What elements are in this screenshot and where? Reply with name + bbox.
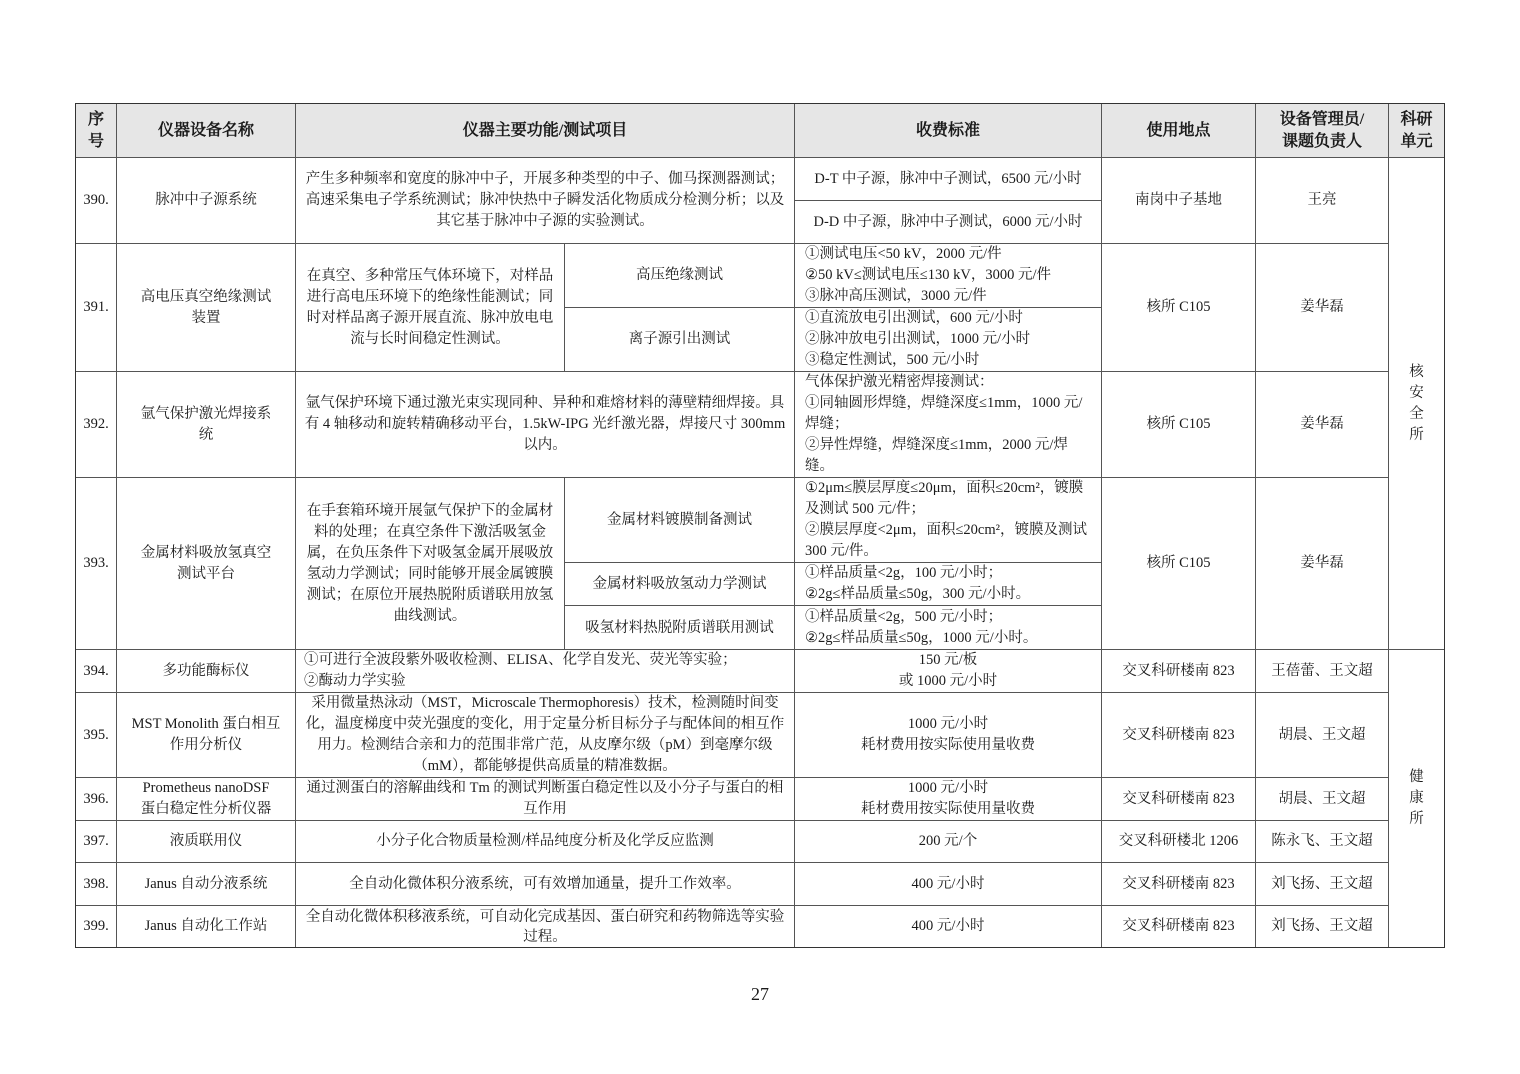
- seq-value: 399.: [83, 916, 108, 937]
- row-395-manager: 胡晨、王文超: [1255, 692, 1389, 778]
- equipment-name: Janus 自动化工作站: [145, 916, 268, 937]
- row-399-manager: 刘飞扬、王文超: [1255, 905, 1389, 948]
- location-text: 交叉科研楼南 823: [1122, 661, 1234, 682]
- header-unit: 科研单元: [1388, 103, 1445, 158]
- row-391-item-2: 离子源引出测试: [564, 307, 795, 372]
- row-392-function: 氩气保护环境下通过激光束实现同种、异种和难熔材料的薄壁精细焊接。具有 4 轴移动…: [295, 371, 795, 478]
- fee-line: ②脉冲放电引出测试，1000 元/小时: [805, 329, 1030, 350]
- row-394-name: 多功能酶标仪: [116, 649, 296, 693]
- test-item: 高压绝缘测试: [636, 265, 723, 286]
- fee-text: D-T 中子源，脉冲中子测试，6500 元/小时: [814, 169, 1081, 189]
- fee-line: ③脉冲高压测试，3000 元/件: [805, 286, 1051, 307]
- header-fee-label: 收费标准: [916, 120, 980, 142]
- row-391-function: 在真空、多种常压气体环境下，对样品进行高电压环境下的绝缘性能测试；同时对样品离子…: [295, 243, 565, 372]
- row-398-manager: 刘飞扬、王文超: [1255, 862, 1389, 906]
- function-text: 氩气保护环境下通过激光束实现同种、异种和难熔材料的薄壁精细焊接。具有 4 轴移动…: [304, 393, 786, 456]
- header-manager-label: 设备管理员/课题负责人: [1272, 109, 1372, 153]
- manager-text: 姜华磊: [1300, 553, 1344, 574]
- unit-nuclear-safety: 核安全所: [1388, 157, 1445, 650]
- manager-text: 刘飞扬、王文超: [1271, 874, 1373, 895]
- row-391-fee-1: ①测试电压<50 kV，2000 元/件②50 kV≤测试电压≤130 kV，3…: [794, 243, 1102, 308]
- row-394-manager: 王蓓蕾、王文超: [1255, 649, 1389, 693]
- row-392-fee: 气体保护激光精密焊接测试：①同轴圆形焊缝，焊缝深度≤1mm，1000 元/焊缝；…: [794, 371, 1102, 478]
- row-392-location: 核所 C105: [1101, 371, 1256, 478]
- header-location: 使用地点: [1101, 103, 1256, 158]
- row-397-manager: 陈永飞、王文超: [1255, 820, 1389, 863]
- row-394-fee: 150 元/板或 1000 元/小时: [794, 649, 1102, 693]
- row-394-function: ①可进行全波段紫外吸收检测、ELISA、化学自发光、荧光等实验；②酶动力学实验: [295, 649, 795, 693]
- fee-line: 耗材费用按实际使用量收费: [861, 799, 1035, 820]
- function-text: 全自动化微体积分液系统，可有效增加通量，提升工作效率。: [349, 874, 741, 895]
- row-391-item-1: 高压绝缘测试: [564, 243, 795, 308]
- test-item: 离子源引出测试: [629, 329, 731, 350]
- seq-value: 392.: [83, 414, 108, 435]
- test-item: 金属材料镀膜制备测试: [607, 510, 752, 531]
- test-item: 金属材料吸放氢动力学测试: [593, 574, 767, 595]
- test-item: 吸氢材料热脱附质谱联用测试: [585, 618, 774, 638]
- row-395-fee: 1000 元/小时耗材费用按实际使用量收费: [794, 692, 1102, 778]
- fee-line: ②2g≤样品质量≤50g，300 元/小时。: [805, 584, 1030, 605]
- location-text: 交叉科研楼南 823: [1122, 789, 1234, 810]
- row-397-seq: 397.: [75, 820, 117, 863]
- location-text: 交叉科研楼南 823: [1122, 874, 1234, 895]
- location-text: 交叉科研楼南 823: [1122, 916, 1234, 937]
- function-text: 产生多种频率和宽度的脉冲中子，开展多种类型的中子、伽马探测器测试；高速采集电子学…: [304, 169, 786, 232]
- header-fee: 收费标准: [794, 103, 1102, 158]
- row-396-fee: 1000 元/小时耗材费用按实际使用量收费: [794, 777, 1102, 821]
- location-text: 南岗中子基地: [1135, 190, 1222, 211]
- fee-text: D-D 中子源，脉冲中子测试，6000 元/小时: [813, 212, 1082, 232]
- function-line: ②酶动力学实验: [304, 671, 737, 692]
- row-393-fee-3: ①样品质量<2g，500 元/小时；②2g≤样品质量≤50g，1000 元/小时…: [794, 605, 1102, 650]
- header-seq-label: 序号: [87, 109, 105, 153]
- row-391-name: 高电压真空绝缘测试装置: [116, 243, 296, 372]
- seq-value: 398.: [83, 874, 108, 895]
- function-text: 小分子化合物质量检测/样品纯度分析及化学反应监测: [376, 831, 714, 852]
- manager-text: 王亮: [1308, 190, 1337, 211]
- row-392-manager: 姜华磊: [1255, 371, 1389, 478]
- name-line: Prometheus nanoDSF: [141, 778, 272, 799]
- manager-text: 刘飞扬、王文超: [1271, 916, 1373, 937]
- seq-value: 394.: [83, 661, 108, 682]
- row-399-function: 全自动化微体积移液系统，可自动化完成基因、蛋白研究和药物筛选等实验过程。: [295, 905, 795, 948]
- row-394-location: 交叉科研楼南 823: [1101, 649, 1256, 693]
- row-396-name: Prometheus nanoDSF蛋白稳定性分析仪器: [116, 777, 296, 821]
- function-text: 在手套箱环境开展氩气保护下的金属材料的处理；在真空条件下激活吸氢金属，在负压条件…: [304, 501, 556, 627]
- manager-text: 姜华磊: [1300, 297, 1344, 318]
- fee-line: ①2μm≤膜层厚度≤20μm，面积≤20cm²，镀膜及测试 500 元/件；: [805, 478, 1091, 520]
- row-391-seq: 391.: [75, 243, 117, 372]
- header-seq: 序号: [75, 103, 117, 158]
- equipment-name: 高电压真空绝缘测试装置: [135, 287, 277, 329]
- fee-line: 耗材费用按实际使用量收费: [861, 735, 1035, 756]
- fee-line: ②2g≤样品质量≤50g，1000 元/小时。: [805, 628, 1037, 649]
- fee-line: 或 1000 元/小时: [899, 671, 997, 692]
- equipment-name: Janus 自动分液系统: [145, 874, 268, 895]
- fee-line: 150 元/板: [899, 650, 997, 671]
- row-390-fee-2: D-D 中子源，脉冲中子测试，6000 元/小时: [794, 200, 1102, 244]
- row-393-manager: 姜华磊: [1255, 477, 1389, 650]
- seq-value: 390.: [83, 190, 108, 211]
- manager-text: 胡晨、王文超: [1279, 725, 1366, 746]
- row-397-name: 液质联用仪: [116, 820, 296, 863]
- function-text: 全自动化微体积移液系统，可自动化完成基因、蛋白研究和药物筛选等实验过程。: [304, 907, 786, 947]
- row-390-name: 脉冲中子源系统: [116, 157, 296, 244]
- row-393-item-3: 吸氢材料热脱附质谱联用测试: [564, 605, 795, 650]
- seq-value: 395.: [83, 725, 108, 746]
- seq-value: 397.: [83, 831, 108, 852]
- row-392-name: 氩气保护激光焊接系统: [116, 371, 296, 478]
- row-393-item-1: 金属材料镀膜制备测试: [564, 477, 795, 563]
- row-395-function: 采用微量热泳动（MST，Microscale Thermophoresis）技术…: [295, 692, 795, 778]
- unit-label: 健康所: [1409, 767, 1425, 830]
- fee-line: ②异性焊缝，焊缝深度≤1mm，2000 元/焊缝。: [805, 435, 1091, 477]
- unit-label: 核安全所: [1409, 362, 1425, 446]
- equipment-name: 氩气保护激光焊接系统: [135, 404, 277, 446]
- location-text: 交叉科研楼南 823: [1122, 725, 1234, 746]
- row-391-fee-2: ①直流放电引出测试，600 元/小时②脉冲放电引出测试，1000 元/小时③稳定…: [794, 307, 1102, 372]
- row-393-name: 金属材料吸放氢真空测试平台: [116, 477, 296, 650]
- fee-line: ①同轴圆形焊缝，焊缝深度≤1mm，1000 元/焊缝；: [805, 393, 1091, 435]
- unit-health: 健康所: [1388, 649, 1445, 948]
- name-line: 蛋白稳定性分析仪器: [141, 799, 272, 820]
- function-text: 通过测蛋白的溶解曲线和 Tm 的测试判断蛋白稳定性以及小分子与蛋白的相互作用: [304, 778, 786, 820]
- equipment-name: 液质联用仪: [170, 831, 243, 852]
- row-395-location: 交叉科研楼南 823: [1101, 692, 1256, 778]
- row-397-fee: 200 元/个: [794, 820, 1102, 863]
- row-393-fee-1: ①2μm≤膜层厚度≤20μm，面积≤20cm²，镀膜及测试 500 元/件；②膜…: [794, 477, 1102, 563]
- seq-value: 391.: [83, 297, 108, 318]
- row-390-location: 南岗中子基地: [1101, 157, 1256, 244]
- header-unit-label: 科研单元: [1400, 109, 1434, 153]
- row-395-name: MST Monolith 蛋白相互作用分析仪: [116, 692, 296, 778]
- row-390-seq: 390.: [75, 157, 117, 244]
- fee-text: 400 元/小时: [912, 916, 985, 937]
- row-396-seq: 396.: [75, 777, 117, 821]
- row-398-location: 交叉科研楼南 823: [1101, 862, 1256, 906]
- equipment-name: MST Monolith 蛋白相互作用分析仪: [127, 714, 285, 756]
- manager-text: 姜华磊: [1300, 414, 1344, 435]
- header-location-label: 使用地点: [1146, 120, 1210, 142]
- header-manager: 设备管理员/课题负责人: [1255, 103, 1389, 158]
- row-393-location: 核所 C105: [1101, 477, 1256, 650]
- row-398-seq: 398.: [75, 862, 117, 906]
- function-text: 采用微量热泳动（MST，Microscale Thermophoresis）技术…: [304, 693, 786, 777]
- fee-line: 气体保护激光精密焊接测试：: [805, 372, 1091, 393]
- row-398-fee: 400 元/小时: [794, 862, 1102, 906]
- fee-line: 1000 元/小时: [861, 778, 1035, 799]
- row-392-seq: 392.: [75, 371, 117, 478]
- fee-line: ③稳定性测试，500 元/小时: [805, 350, 1030, 371]
- location-text: 交叉科研楼北 1206: [1119, 831, 1239, 852]
- row-396-location: 交叉科研楼南 823: [1101, 777, 1256, 821]
- seq-value: 396.: [83, 789, 108, 810]
- row-391-manager: 姜华磊: [1255, 243, 1389, 372]
- fee-line: ①测试电压<50 kV，2000 元/件: [805, 244, 1051, 265]
- equipment-name: 金属材料吸放氢真空测试平台: [135, 543, 277, 585]
- row-393-seq: 393.: [75, 477, 117, 650]
- row-390-manager: 王亮: [1255, 157, 1389, 244]
- row-399-seq: 399.: [75, 905, 117, 948]
- row-393-fee-2: ①样品质量<2g，100 元/小时；②2g≤样品质量≤50g，300 元/小时。: [794, 562, 1102, 606]
- row-393-function: 在手套箱环境开展氩气保护下的金属材料的处理；在真空条件下激活吸氢金属，在负压条件…: [295, 477, 565, 650]
- row-390-function: 产生多种频率和宽度的脉冲中子，开展多种类型的中子、伽马探测器测试；高速采集电子学…: [295, 157, 795, 244]
- manager-text: 王蓓蕾、王文超: [1271, 661, 1373, 682]
- row-397-function: 小分子化合物质量检测/样品纯度分析及化学反应监测: [295, 820, 795, 863]
- row-396-function: 通过测蛋白的溶解曲线和 Tm 的测试判断蛋白稳定性以及小分子与蛋白的相互作用: [295, 777, 795, 821]
- location-text: 核所 C105: [1146, 297, 1210, 318]
- header-name: 仪器设备名称: [116, 103, 296, 158]
- fee-line: ②50 kV≤测试电压≤130 kV，3000 元/件: [805, 265, 1051, 286]
- equipment-name: 多功能酶标仪: [163, 661, 250, 682]
- fee-line: ①直流放电引出测试，600 元/小时: [805, 308, 1030, 329]
- row-398-name: Janus 自动分液系统: [116, 862, 296, 906]
- seq-value: 393.: [83, 553, 108, 574]
- fee-line: ②膜层厚度<2μm，面积≤20cm²，镀膜及测试 300 元/件。: [805, 520, 1091, 562]
- equipment-name: 脉冲中子源系统: [155, 190, 257, 211]
- header-name-label: 仪器设备名称: [158, 120, 254, 142]
- manager-text: 胡晨、王文超: [1279, 789, 1366, 810]
- fee-text: 400 元/小时: [912, 874, 985, 895]
- row-396-manager: 胡晨、王文超: [1255, 777, 1389, 821]
- header-function: 仪器主要功能/测试项目: [295, 103, 795, 158]
- row-398-function: 全自动化微体积分液系统，可有效增加通量，提升工作效率。: [295, 862, 795, 906]
- row-399-name: Janus 自动化工作站: [116, 905, 296, 948]
- function-line: ①可进行全波段紫外吸收检测、ELISA、化学自发光、荧光等实验；: [304, 650, 737, 671]
- row-393-item-2: 金属材料吸放氢动力学测试: [564, 562, 795, 606]
- location-text: 核所 C105: [1146, 553, 1210, 574]
- row-397-location: 交叉科研楼北 1206: [1101, 820, 1256, 863]
- fee-line: ①样品质量<2g，500 元/小时；: [805, 607, 1037, 628]
- fee-line: 1000 元/小时: [861, 714, 1035, 735]
- fee-text: 200 元/个: [919, 831, 977, 852]
- row-394-seq: 394.: [75, 649, 117, 693]
- header-function-label: 仪器主要功能/测试项目: [463, 120, 627, 142]
- row-390-fee-1: D-T 中子源，脉冲中子测试，6500 元/小时: [794, 157, 1102, 201]
- row-399-location: 交叉科研楼南 823: [1101, 905, 1256, 948]
- function-text: 在真空、多种常压气体环境下，对样品进行高电压环境下的绝缘性能测试；同时对样品离子…: [304, 266, 556, 350]
- row-391-location: 核所 C105: [1101, 243, 1256, 372]
- row-399-fee: 400 元/小时: [794, 905, 1102, 948]
- fee-line: ①样品质量<2g，100 元/小时；: [805, 563, 1030, 584]
- row-395-seq: 395.: [75, 692, 117, 778]
- location-text: 核所 C105: [1146, 414, 1210, 435]
- page-number: 27: [0, 984, 1520, 1005]
- manager-text: 陈永飞、王文超: [1271, 831, 1373, 852]
